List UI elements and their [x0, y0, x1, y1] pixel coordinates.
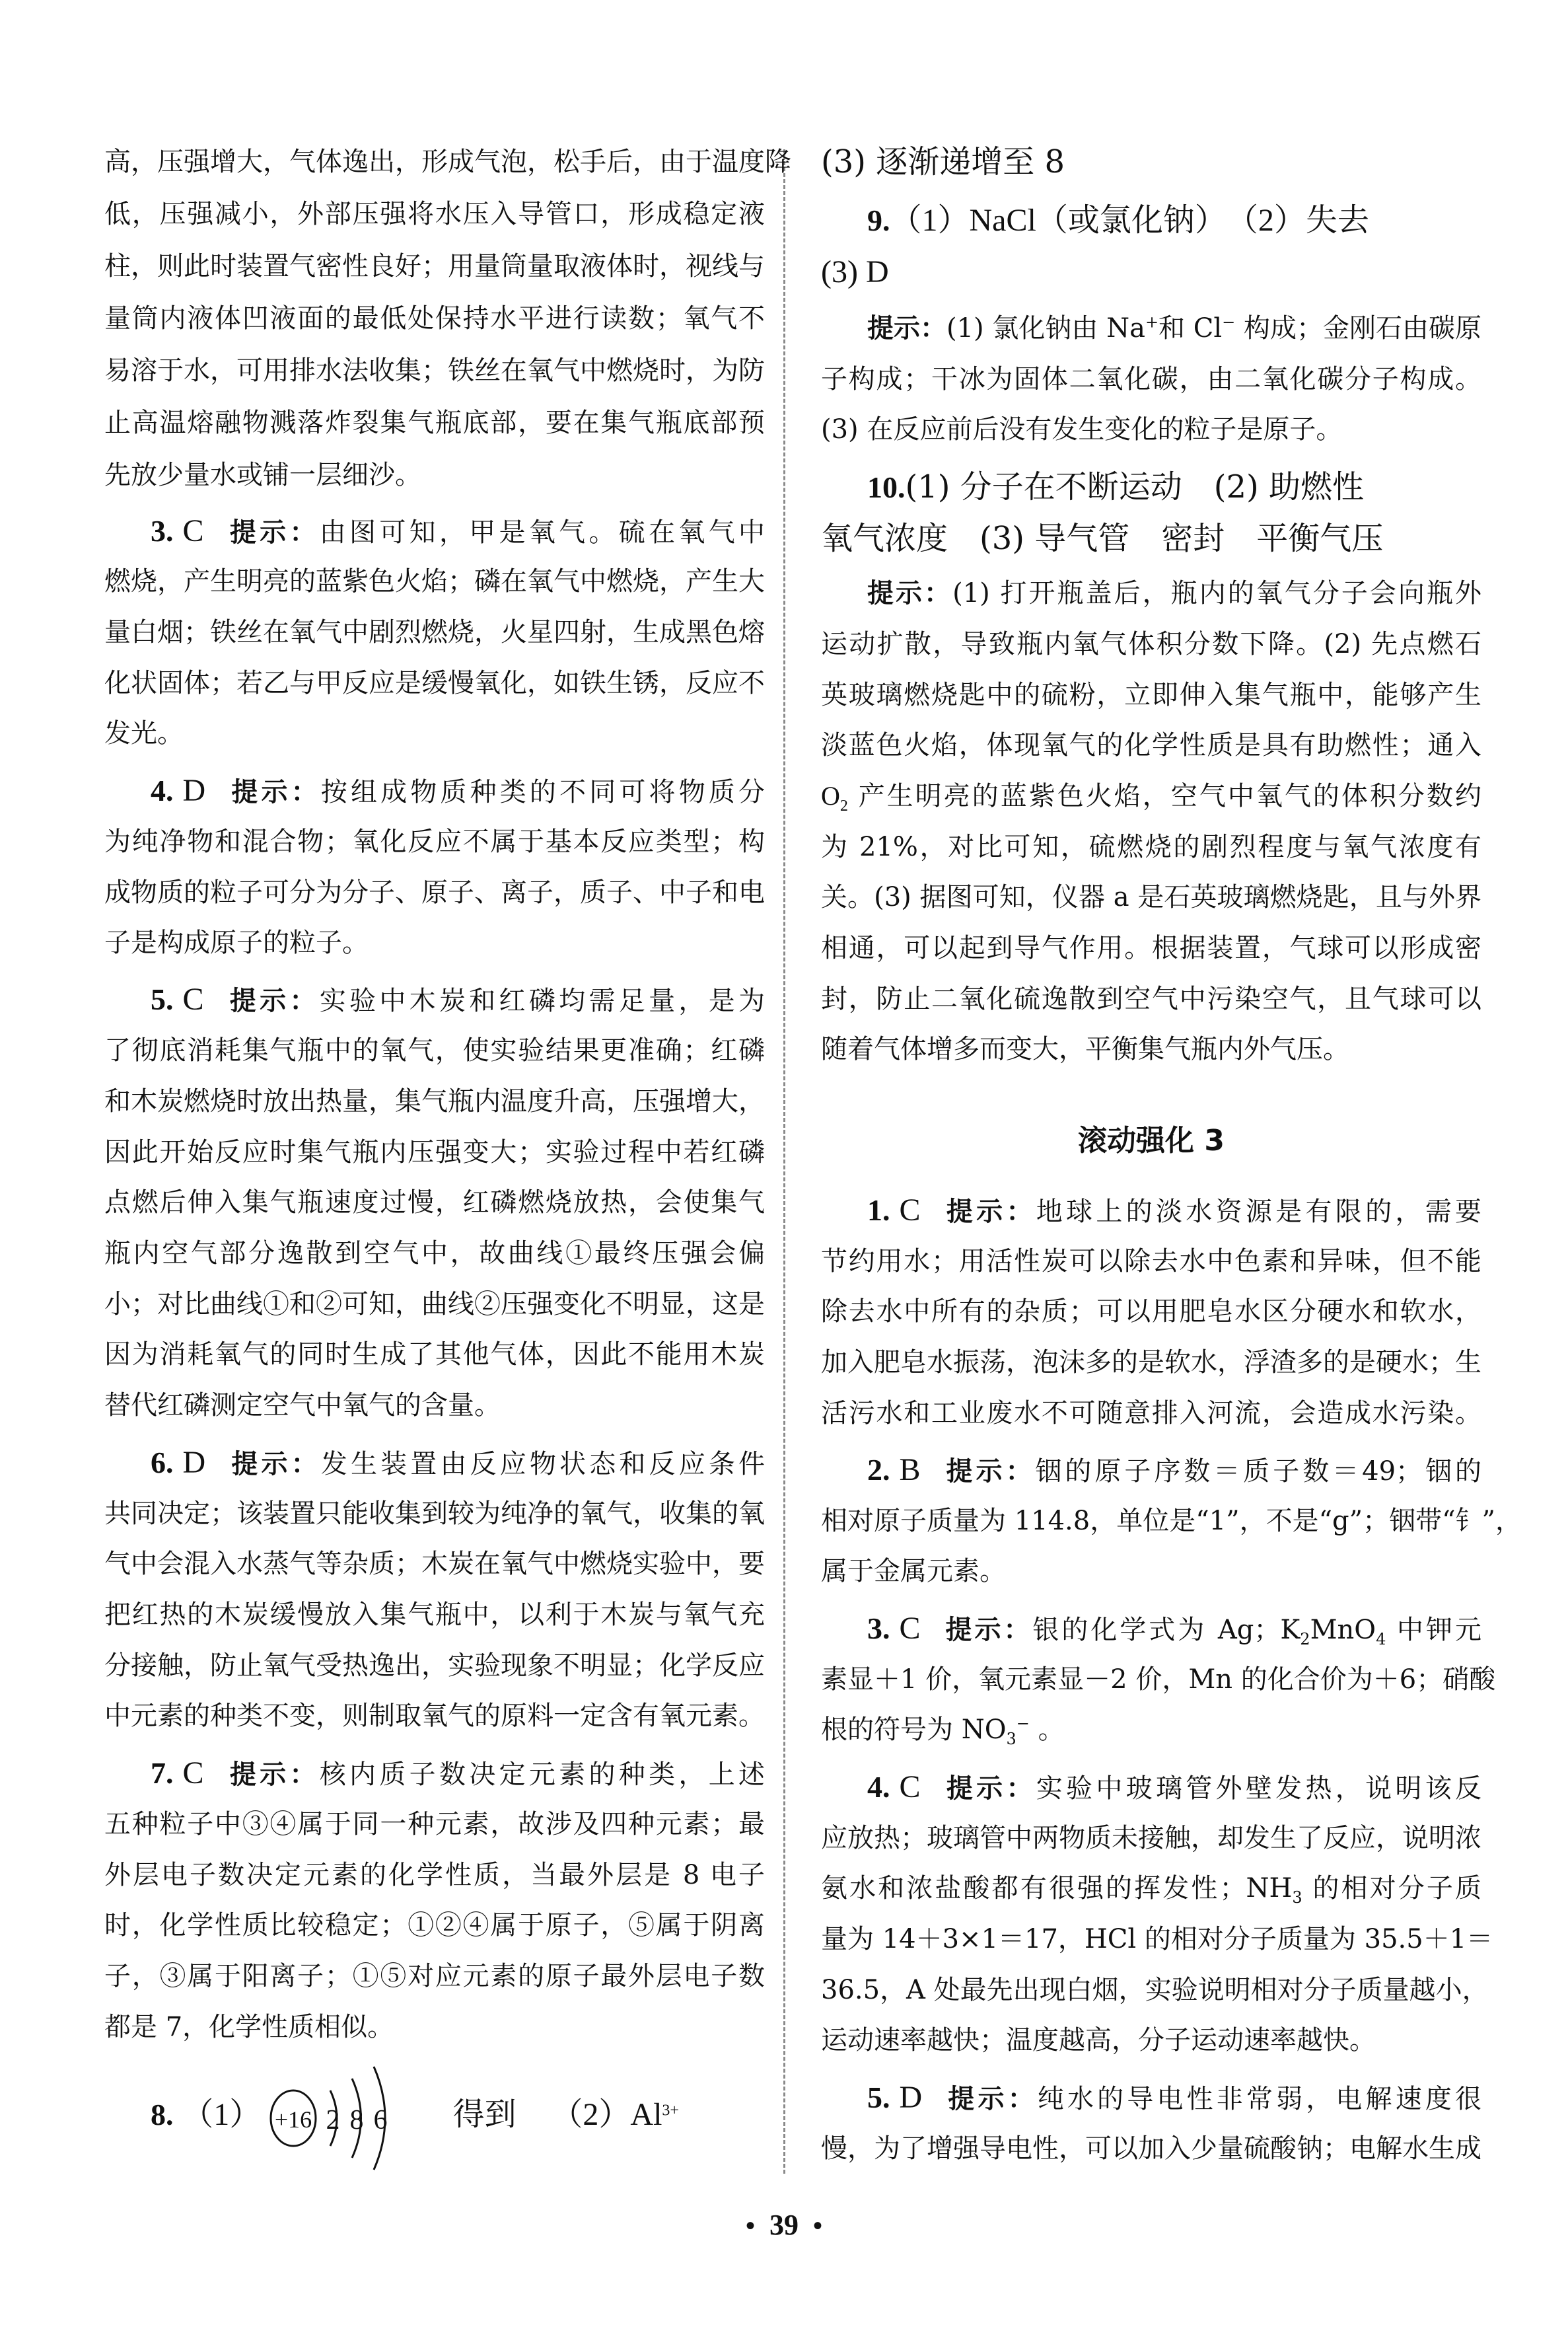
text-line: 瓶内空气部分逸散到空气中，故曲线①最终压强会偏 [104, 1234, 765, 1273]
superscript: − [1222, 313, 1235, 332]
text-line: 子构成；干冰为固体二氧化碳，由二氧化碳分子构成。 [821, 359, 1481, 399]
hint-label: 提示： [228, 1449, 321, 1479]
text-line: 相对原子质量为 114.8，单位是“1”，不是“g”；铟带“钅”， [821, 1501, 1481, 1541]
text-line: 中元素的种类不变，则制取氧气的原料一定含有氧元素。 [104, 1696, 765, 1736]
text-line: 先放少量水或铺一层细沙。 [104, 455, 765, 495]
text-line: 成物质的粒子可分为分子、原子、离子，质子、中子和电 [104, 873, 765, 912]
hint-label: 提示： [867, 578, 952, 609]
answer-choice: D [174, 773, 229, 808]
answer-key-page: 高，压强增大，气体逸出，形成气泡，松手后，由于温度降 低，压强减小，外部压强将水… [0, 0, 1568, 2325]
text-line: 燃烧，产生明亮的蓝紫色火焰；磷在氧气中燃烧，产生大 [104, 562, 765, 601]
hint-text: 核内质子数决定元素的种类，上述 [320, 1759, 765, 1790]
page-number-value: 39 [769, 2209, 799, 2241]
question-number: 7. [151, 1756, 174, 1790]
text-line: 了彻底消耗集气瓶中的氧气，使实验结果更准确；红磷 [104, 1031, 765, 1070]
question-3: 3.C提示：由图可知，甲是氧气。硫在氧气中 [104, 511, 765, 551]
hint-label: 提示： [867, 313, 946, 344]
text-line: 小；对比曲线①和②可知，曲线②压强变化不明显，这是 [104, 1284, 765, 1324]
hint-label: 提示： [943, 1615, 1033, 1645]
answer-choice: C [174, 1755, 227, 1790]
text-line: 高，压强增大，气体逸出，形成气泡，松手后，由于温度降 [104, 142, 765, 182]
text-line: 都是 7，化学性质相似。 [104, 2007, 765, 2047]
text-line: 时，化学性质比较稳定；①②④属于原子，⑤属于阴离 [104, 1905, 765, 1945]
text-line: 替代红磷测定空气中氧气的含量。 [104, 1385, 765, 1425]
text-line: 属于金属元素。 [821, 1551, 1481, 1591]
question-6: 6.D提示：发生装置由反应物状态和反应条件 [104, 1443, 765, 1483]
hint-text: 银的化学式为 Ag；K [1032, 1615, 1300, 1645]
answer-line: 氧气浓度 (3) 导气管 密封 平衡气压 [821, 517, 1481, 560]
part-label: （1） [182, 2097, 261, 2132]
question-4: 4.C提示：实验中玻璃管外壁发热，说明该反 [821, 1767, 1481, 1807]
text-line: (3) 在反应前后没有发生变化的粒子是原子。 [821, 410, 1481, 449]
sulfur-atom-icon: +16 2 8 6 [269, 2059, 425, 2178]
text-line: 为 21%，对比可知，硫燃烧的剧烈程度与氧气浓度有 [821, 827, 1481, 867]
text-line: 易溶于水，可用排水法收集；铁丝在氧气中燃烧时，为防 [104, 351, 765, 390]
page-number: •39• [718, 2208, 850, 2242]
answer-choice: C [890, 1611, 943, 1646]
text-line: 点燃后伸入集气瓶速度过慢，红磷燃烧放热，会使集气 [104, 1183, 765, 1222]
text-line: 五种粒子中③④属于同一种元素，故涉及四种元素；最 [104, 1804, 765, 1844]
text-line: 应放热；玻璃管中两物质未接触，却发生了反应，说明浓 [821, 1818, 1481, 1858]
text-line: 为纯净物和混合物；氧化反应不属于基本反应类型；构 [104, 822, 765, 862]
hint-text: (1) 氯化钠由 Na [946, 313, 1145, 344]
answer-choice: C [890, 1769, 943, 1804]
question-5: 5.C提示：实验中木炭和红磷均需足量，是为 [104, 980, 765, 1019]
hint-text: 地球上的淡水资源是有限的，需要 [1036, 1197, 1481, 1227]
question-8: 8. （1） +16 2 8 6 得到 （2）Al3+ [104, 2093, 765, 2135]
part-label: （2） [524, 2097, 630, 2132]
question-4: 4.D提示：按组成物质种类的不同可将物质分 [104, 771, 765, 811]
text-line: 发光。 [104, 714, 765, 753]
text-line: 运动扩散，导致瓶内氧气体积分数下降。(2) 先点燃石 [821, 624, 1481, 664]
text-line: 除去水中所有的杂质；可以用肥皂水区分硬水和软水， [821, 1292, 1481, 1331]
hint-text: 。 [1030, 1715, 1065, 1745]
text-line: 氨水和浓盐酸都有很强的挥发性；NH3 的相对分子质 [821, 1868, 1481, 1908]
text-line: 子是构成原子的粒子。 [104, 923, 765, 963]
text-line: 运动速率越快；温度越高，分子运动速率越快。 [821, 2020, 1481, 2060]
text-line: 和木炭燃烧时放出热量，集气瓶内温度升高，压强增大， [104, 1082, 765, 1121]
hint-text: 由图可知，甲是氧气。硫在氧气中 [320, 517, 765, 548]
column-divider [783, 149, 785, 2174]
question-number: 5. [867, 2081, 890, 2114]
hint-label: 提示： [943, 1773, 1036, 1804]
subscript: 2 [840, 797, 848, 815]
text-line: 分接触，防止氧气受热逸出，实验现象不明显；化学反应 [104, 1646, 765, 1685]
question-number: 5. [151, 982, 174, 1016]
question-number: 8. [151, 2098, 174, 2131]
question-2: 2.B提示：铟的原子序数＝质子数＝49；铟的 [821, 1450, 1481, 1490]
answer-choice: C [174, 513, 227, 548]
text-line: 随着气体增多而变大，平衡集气瓶内外气压。 [821, 1029, 1481, 1069]
hint-text: 产生明亮的蓝紫色火焰，空气中氧气的体积分数约 [848, 781, 1481, 811]
hint-label: 提示： [227, 517, 320, 548]
subscript: 4 [1376, 1630, 1386, 1648]
text-line: 节约用水；用活性炭可以除去水中色素和异味，但不能 [821, 1241, 1481, 1281]
question-number: 9. [867, 203, 890, 237]
answer-choice: B [890, 1452, 943, 1487]
text-line: 柱，则此时装置气密性良好；用量筒量取液体时，视线与 [104, 246, 765, 286]
text-line: 加入肥皂水振荡，泡沫多的是软水，浮渣多的是硬水；生 [821, 1343, 1481, 1382]
text-line: 相通，可以起到导气作用。根据装置，气球可以形成密 [821, 928, 1481, 968]
text-line: 低，压强减小，外部压强将水压入导管口，形成稳定液 [104, 194, 765, 234]
hint-label: 提示： [227, 1759, 320, 1790]
text-line: 量为 14＋3×1＝17，HCl 的相对分子质量为 35.5＋1＝ [821, 1919, 1481, 1959]
ion-symbol: Al [630, 2097, 662, 2132]
question-number: 1. [867, 1193, 890, 1227]
hint-text: 实验中玻璃管外壁发热，说明该反 [1036, 1773, 1481, 1804]
question-9: 9.（1）NaCl（或氯化钠）（2）失去 [821, 198, 1481, 242]
text-line: 子，③属于阳离子；①⑤对应元素的原子最外层电子数 [104, 1956, 765, 1996]
answer-text: 得到 [433, 2096, 517, 2133]
text-line: 素显＋1 价，氧元素显－2 价，Mn 的化合价为＋6；硝酸 [821, 1660, 1481, 1699]
question-1: 1.C提示：地球上的淡水资源是有限的，需要 [821, 1191, 1481, 1230]
answer-text: (1) 分子在不断运动 (2) 助燃性 [906, 468, 1365, 505]
answer-line: (3) D [821, 250, 1481, 294]
atom-structure-diagram: +16 2 8 6 [269, 2098, 425, 2138]
answer-text: （1）NaCl（或氯化钠） [890, 203, 1227, 238]
answer-choice: D [890, 2080, 945, 2115]
text-line: 淡蓝色火焰，体现氧气的化学性质是具有助燃性；通入 [821, 725, 1481, 765]
text-line: 把红热的木炭缓慢放入集气瓶中，以利于木炭与氧气充 [104, 1595, 765, 1635]
answer-choice: C [174, 982, 227, 1017]
superscript: − [1016, 1715, 1030, 1733]
text-line: 气中会混入水蒸气等杂质；木炭在氧气中燃烧实验中，要 [104, 1544, 765, 1584]
ion-charge: 3+ [662, 2102, 679, 2120]
text-line: O2 产生明亮的蓝紫色火焰，空气中氧气的体积分数约 [821, 776, 1481, 816]
text-line: 根的符号为 NO3− 。 [821, 1710, 1481, 1750]
hint-text: 铟的原子序数＝质子数＝49；铟的 [1035, 1456, 1481, 1487]
text-line: 活污水和工业废水不可随意排入河流，会造成水污染。 [821, 1393, 1481, 1433]
hint-text: 根的符号为 NO [821, 1715, 1007, 1745]
hint-label: 提示： [943, 1197, 1036, 1227]
text-line: 关。(3) 据图可知，仪器 a 是石英玻璃燃烧匙，且与外界 [821, 877, 1481, 917]
text-line: 量筒内液体凹液面的最低处保持水平进行读数；氧气不 [104, 299, 765, 338]
formula: O [821, 781, 840, 811]
hint-line: 提示：(1) 氯化钠由 Na+和 Cl− 构成；金刚石由碳原 [821, 309, 1481, 348]
shell-electrons: 2 [326, 2105, 339, 2135]
bullet-icon: • [799, 2211, 837, 2240]
text-line: 止高温熔融物溅落炸裂集气瓶底部，要在集气瓶底部预 [104, 403, 765, 443]
subscript: 3 [1292, 1888, 1302, 1907]
nucleus-charge: +16 [275, 2106, 312, 2133]
text-line: 36.5，A 处最先出现白烟，实验说明相对分子质量越小， [821, 1970, 1481, 2010]
bullet-icon: • [731, 2211, 769, 2240]
subscript: 3 [1007, 1730, 1016, 1748]
text-line: 外层电子数决定元素的化学性质，当最外层是 8 电子 [104, 1855, 765, 1895]
question-number: 6. [151, 1446, 174, 1479]
question-3: 3.C提示：银的化学式为 Ag；K2MnO4 中钾元 [821, 1609, 1481, 1648]
question-number: 4. [151, 774, 174, 807]
question-number: 4. [867, 1770, 890, 1804]
hint-text: 按组成物质种类的不同可将物质分 [321, 777, 765, 807]
text-line: 慢，为了增强导电性，可以加入少量硫酸钠；电解水生成 [821, 2129, 1481, 2168]
question-10: 10.(1) 分子在不断运动 (2) 助燃性 [821, 465, 1481, 509]
hint-text: 氨水和浓盐酸都有很强的挥发性；NH [821, 1873, 1292, 1903]
text-line: 封，防止二氧化硫逸散到空气中污染空气，且气球可以 [821, 979, 1481, 1019]
question-number: 2. [867, 1453, 890, 1487]
subscript: 2 [1300, 1630, 1310, 1648]
hint-text: 实验中木炭和红磷均需足量，是为 [320, 986, 765, 1016]
hint-text: 中钾元 [1386, 1615, 1481, 1645]
text-line: 量白烟；铁丝在氧气中剧烈燃烧，火星四射，生成黑色熔 [104, 612, 765, 652]
answer-choice: C [890, 1193, 943, 1228]
hint-text: 构成；金刚石由碳原 [1235, 313, 1481, 344]
superscript: + [1145, 313, 1158, 332]
hint-text: MnO [1310, 1615, 1376, 1645]
hint-text: 和 Cl [1158, 313, 1222, 344]
hint-label: 提示： [943, 1456, 1036, 1487]
answer-choice: D [174, 1445, 229, 1480]
text-line: 因此开始反应时集气瓶内压强变大；实验过程中若红磷 [104, 1132, 765, 1172]
question-7: 7.C提示：核内质子数决定元素的种类，上述 [104, 1753, 765, 1793]
hint-text: 的相对分子质 [1302, 1873, 1481, 1903]
question-number: 3. [867, 1611, 890, 1645]
shell-electrons: 8 [349, 2105, 363, 2135]
text-line: 化状固体；若乙与甲反应是缓慢氧化，如铁生锈，反应不 [104, 663, 765, 703]
shell-electrons: 6 [373, 2105, 387, 2135]
text-line: 英玻璃燃烧匙中的硫粉，立即伸入集气瓶中，能够产生 [821, 675, 1481, 715]
text-line: 共同决定；该装置只能收集到较为纯净的氧气，收集的氧 [104, 1494, 765, 1533]
question-number: 3. [151, 514, 174, 548]
question-number: 10. [867, 470, 906, 504]
hint-text: 纯水的导电性非常弱，电解速度很 [1038, 2084, 1481, 2114]
hint-text: (1) 打开瓶盖后，瓶内的氧气分子会向瓶外 [952, 578, 1481, 609]
answer-line: (3) 逐渐递增至 8 [821, 140, 1481, 184]
hint-line: 提示：(1) 打开瓶盖后，瓶内的氧气分子会向瓶外 [821, 573, 1481, 613]
section-title: 滚动强化 3 [821, 1117, 1481, 1159]
answer-text: （2）失去 [1227, 203, 1369, 238]
hint-label: 提示： [227, 986, 320, 1016]
question-5: 5.D提示：纯水的导电性非常弱，电解速度很 [821, 2078, 1481, 2118]
hint-label: 提示： [944, 2084, 1038, 2114]
text-line: 因为消耗氧气的同时生成了其他气体，因此不能用木炭 [104, 1335, 765, 1374]
hint-text: 发生装置由反应物状态和反应条件 [321, 1449, 765, 1479]
hint-label: 提示： [228, 777, 321, 807]
